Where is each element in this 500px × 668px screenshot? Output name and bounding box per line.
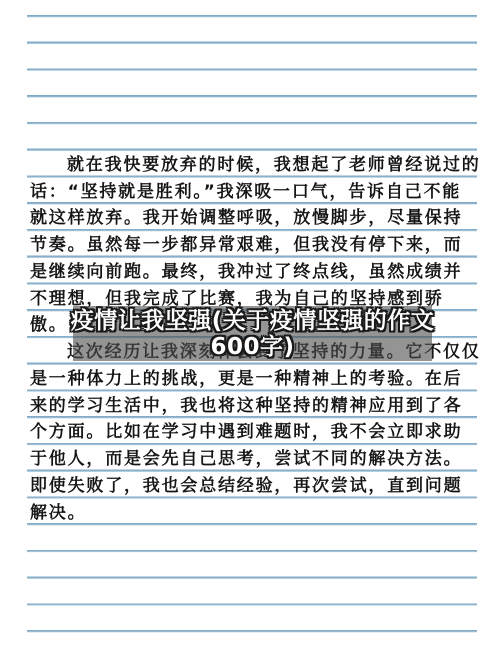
- essay-line: 即使失败了，我也会总结经验，再次尝试，直到问题: [30, 473, 478, 500]
- essay-line: 就这样放弃。我开始调整呼吸，放慢脚步，尽量保持: [30, 205, 478, 232]
- essay-line: 就在我快要放弃的时候，我想起了老师曾经说过的: [30, 152, 478, 179]
- title-line-2: 600字): [210, 334, 294, 360]
- essay-line: 解决。: [30, 500, 478, 527]
- notebook-page: { "title": { "line1": "疫情让我坚强(关于疫情坚强的作文"…: [0, 0, 500, 668]
- title-overlay: 疫情让我坚强(关于疫情坚强的作文 600字): [73, 306, 432, 361]
- essay-line: 是继续向前跑。最终，我冲过了终点线，虽然成绩并: [30, 259, 478, 286]
- essay-line: 来的学习生活中，我也将这种坚持的精神应用到了各: [30, 393, 478, 420]
- essay-line: 于他人，而是会先自己思考，尝试不同的解决方法。: [30, 446, 478, 473]
- essay-line: 个方面。比如在学习中遇到难题时，我不会立即求助: [30, 419, 478, 446]
- title-line-1: 疫情让我坚强(关于疫情坚强的作文: [71, 308, 435, 334]
- essay-line: 节奏。虽然每一步都异常艰难，但我没有停下来，而: [30, 232, 478, 259]
- essay-line: 是一种体力上的挑战，更是一种精神上的考验。在后: [30, 366, 478, 393]
- essay-line: 话：“坚持就是胜利。”我深吸一口气，告诉自己不能: [30, 179, 478, 206]
